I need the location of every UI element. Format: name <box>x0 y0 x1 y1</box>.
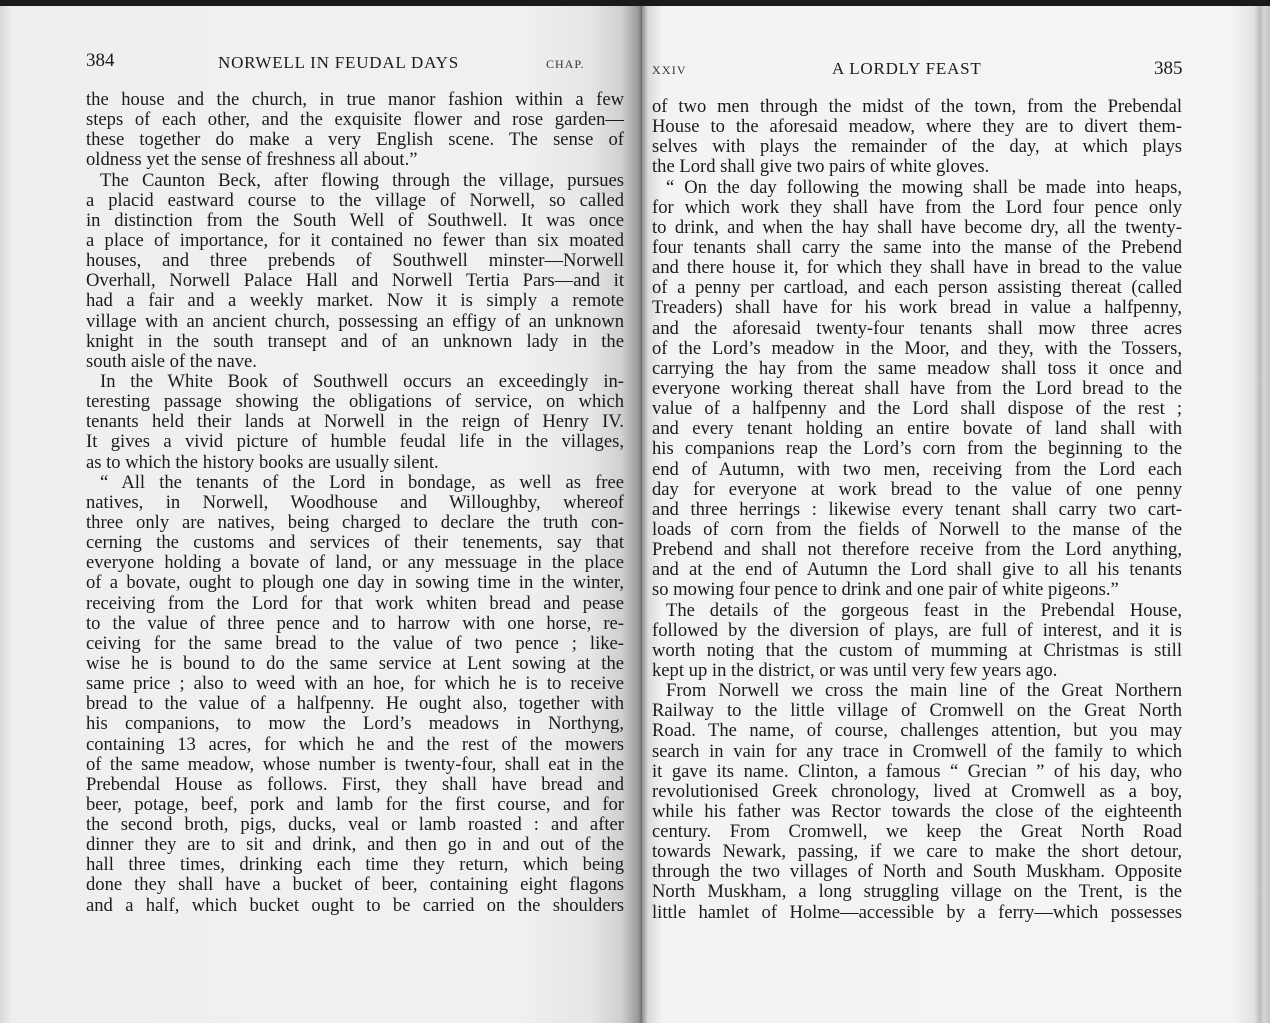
text-line: Railway to the little village of Cromwel… <box>652 701 1182 721</box>
text-line: oldness yet the sense of freshness all a… <box>86 150 624 170</box>
running-head-chapter: CHAP. <box>546 57 585 72</box>
text-line: of a bovate, ought to plough one day in … <box>86 573 624 593</box>
text-line: had a fair and a weekly market. Now it i… <box>86 291 624 311</box>
text-line: wise he is bound to do the same service … <box>86 654 624 674</box>
text-line: revolutionised Greek chronology, lived a… <box>652 782 1182 802</box>
running-head-title: NORWELL IN FEUDAL DAYS <box>218 53 459 73</box>
left-page: 384 NORWELL IN FEUDAL DAYS CHAP. the hou… <box>0 6 642 1023</box>
text-line: as to which the history books are usuall… <box>86 453 624 473</box>
text-line: kept up in the district, or was until ve… <box>652 661 1182 681</box>
right-page: XXIV A LORDLY FEAST 385 of two men throu… <box>642 6 1270 1023</box>
book-spread: 384 NORWELL IN FEUDAL DAYS CHAP. the hou… <box>0 6 1270 1023</box>
text-line: followed by the diversion of plays, are … <box>652 621 1182 641</box>
text-line: beer, potage, beef, pork and lamb for th… <box>86 795 624 815</box>
text-line: three only are natives, being charged to… <box>86 513 624 533</box>
text-line: to the value of three pence and to harro… <box>86 614 624 634</box>
text-line: worth noting that the custom of mumming … <box>652 641 1182 661</box>
text-line: these together do make a very English sc… <box>86 130 624 150</box>
text-line: Prebendal House as follows. First, they … <box>86 775 624 795</box>
page-number: 385 <box>1154 58 1183 80</box>
text-line: Overhall, Norwell Palace Hall and Norwel… <box>86 271 624 291</box>
text-line: natives, in Norwell, Woodhouse and Willo… <box>86 493 624 513</box>
text-line: dinner they are to sit and drink, and th… <box>86 835 624 855</box>
page-body-text: the house and the church, in true manor … <box>86 90 624 916</box>
text-line: done they shall have a bucket of beer, c… <box>86 875 624 895</box>
text-line: hall three times, drinking each time the… <box>86 855 624 875</box>
text-line: day for everyone at work bread to the va… <box>652 480 1182 500</box>
text-line: village with an ancient church, possessi… <box>86 312 624 332</box>
text-line: steps of each other, and the exquisite f… <box>86 110 624 130</box>
text-line: “ On the day following the mowing shall … <box>652 178 1182 198</box>
text-line: knight in the south transept and of an u… <box>86 332 624 352</box>
text-line: and three herrings : likewise every tena… <box>652 500 1182 520</box>
text-line: The details of the gorgeous feast in the… <box>652 601 1182 621</box>
text-line: “ All the tenants of the Lord in bondage… <box>86 473 624 493</box>
text-line: and the aforesaid twenty-four tenants sh… <box>652 319 1182 339</box>
text-line: carrying the hay from the same meadow sh… <box>652 359 1182 379</box>
text-line: selves with plays the remainder of the d… <box>652 137 1182 157</box>
text-line: of two men through the midst of the town… <box>652 97 1182 117</box>
text-line: receiving from the Lord for that work wh… <box>86 594 624 614</box>
text-line: cerning the customs and services of thei… <box>86 533 624 553</box>
text-line: of the Lord’s meadow in the Moor, and th… <box>652 339 1182 359</box>
text-line: to drink, and when the hay shall have be… <box>652 218 1182 238</box>
text-line: four tenants shall carry the same into t… <box>652 238 1182 258</box>
text-line: In the White Book of Southwell occurs an… <box>86 372 624 392</box>
text-line: everyone working thereat shall have from… <box>652 379 1182 399</box>
text-line: North Muskham, a long struggling village… <box>652 882 1182 902</box>
running-head-chapter: XXIV <box>652 63 687 78</box>
text-line: his companions reap the Lord’s corn from… <box>652 439 1182 459</box>
text-line: it gave its name. Clinton, a famous “ Gr… <box>652 762 1182 782</box>
text-line: of a penny per cartload, and each person… <box>652 278 1182 298</box>
text-line: little hamlet of Holme—accessible by a f… <box>652 903 1182 923</box>
text-line: in distinction from the South Well of So… <box>86 211 624 231</box>
text-line: same price ; also to weed with an hoe, f… <box>86 674 624 694</box>
text-line: towards Newark, passing, if we care to m… <box>652 842 1182 862</box>
text-line: for which work they shall have from the … <box>652 198 1182 218</box>
page-number: 384 <box>86 50 115 72</box>
text-line: and there house it, for which they shall… <box>652 258 1182 278</box>
text-line: Road. The name, of course, challenges at… <box>652 721 1182 741</box>
text-line: and a half, which bucket ought to be car… <box>86 896 624 916</box>
text-line: the Lord shall give two pairs of white g… <box>652 157 1182 177</box>
text-line: through the two villages of North and So… <box>652 862 1182 882</box>
text-line: houses, and three prebends of Southwell … <box>86 251 624 271</box>
text-line: Treaders) shall have for his work bread … <box>652 298 1182 318</box>
text-line: century. From Cromwell, we keep the Grea… <box>652 822 1182 842</box>
text-line: House to the aforesaid meadow, where the… <box>652 117 1182 137</box>
text-line: and every tenant holding an entire bovat… <box>652 419 1182 439</box>
running-head-title: A LORDLY FEAST <box>832 59 982 79</box>
text-line: so mowing four pence to drink and one pa… <box>652 580 1182 600</box>
text-line: tenants held their lands at Norwell in t… <box>86 412 624 432</box>
text-line: From Norwell we cross the main line of t… <box>652 681 1182 701</box>
text-line: It gives a vivid picture of humble feuda… <box>86 432 624 452</box>
text-line: and at the end of Autumn the Lord shall … <box>652 560 1182 580</box>
text-line: ceiving for the same bread to the value … <box>86 634 624 654</box>
text-line: the second broth, pigs, ducks, veal or l… <box>86 815 624 835</box>
text-line: his companions, to mow the Lord’s meadow… <box>86 714 624 734</box>
page-body-text: of two men through the midst of the town… <box>652 97 1182 923</box>
text-line: search in vain for any trace in Cromwell… <box>652 742 1182 762</box>
text-line: The Caunton Beck, after flowing through … <box>86 171 624 191</box>
text-line: south aisle of the nave. <box>86 352 624 372</box>
text-line: a placid eastward course to the village … <box>86 191 624 211</box>
text-line: containing 13 acres, for which he and th… <box>86 735 624 755</box>
text-line: everyone holding a bovate of land, or an… <box>86 553 624 573</box>
text-line: bread to the value of a halfpenny. He ou… <box>86 694 624 714</box>
text-line: value of a halfpenny and the Lord shall … <box>652 399 1182 419</box>
text-line: the house and the church, in true manor … <box>86 90 624 110</box>
text-line: while his father was Rector towards the … <box>652 802 1182 822</box>
text-line: Prebend and shall not therefore receive … <box>652 540 1182 560</box>
text-line: loads of corn from the fields of Norwell… <box>652 520 1182 540</box>
text-line: teresting passage showing the obligation… <box>86 392 624 412</box>
text-line: end of Autumn, with two men, receiving f… <box>652 460 1182 480</box>
text-line: a place of importance, for it contained … <box>86 231 624 251</box>
text-line: of the same meadow, whose number is twen… <box>86 755 624 775</box>
